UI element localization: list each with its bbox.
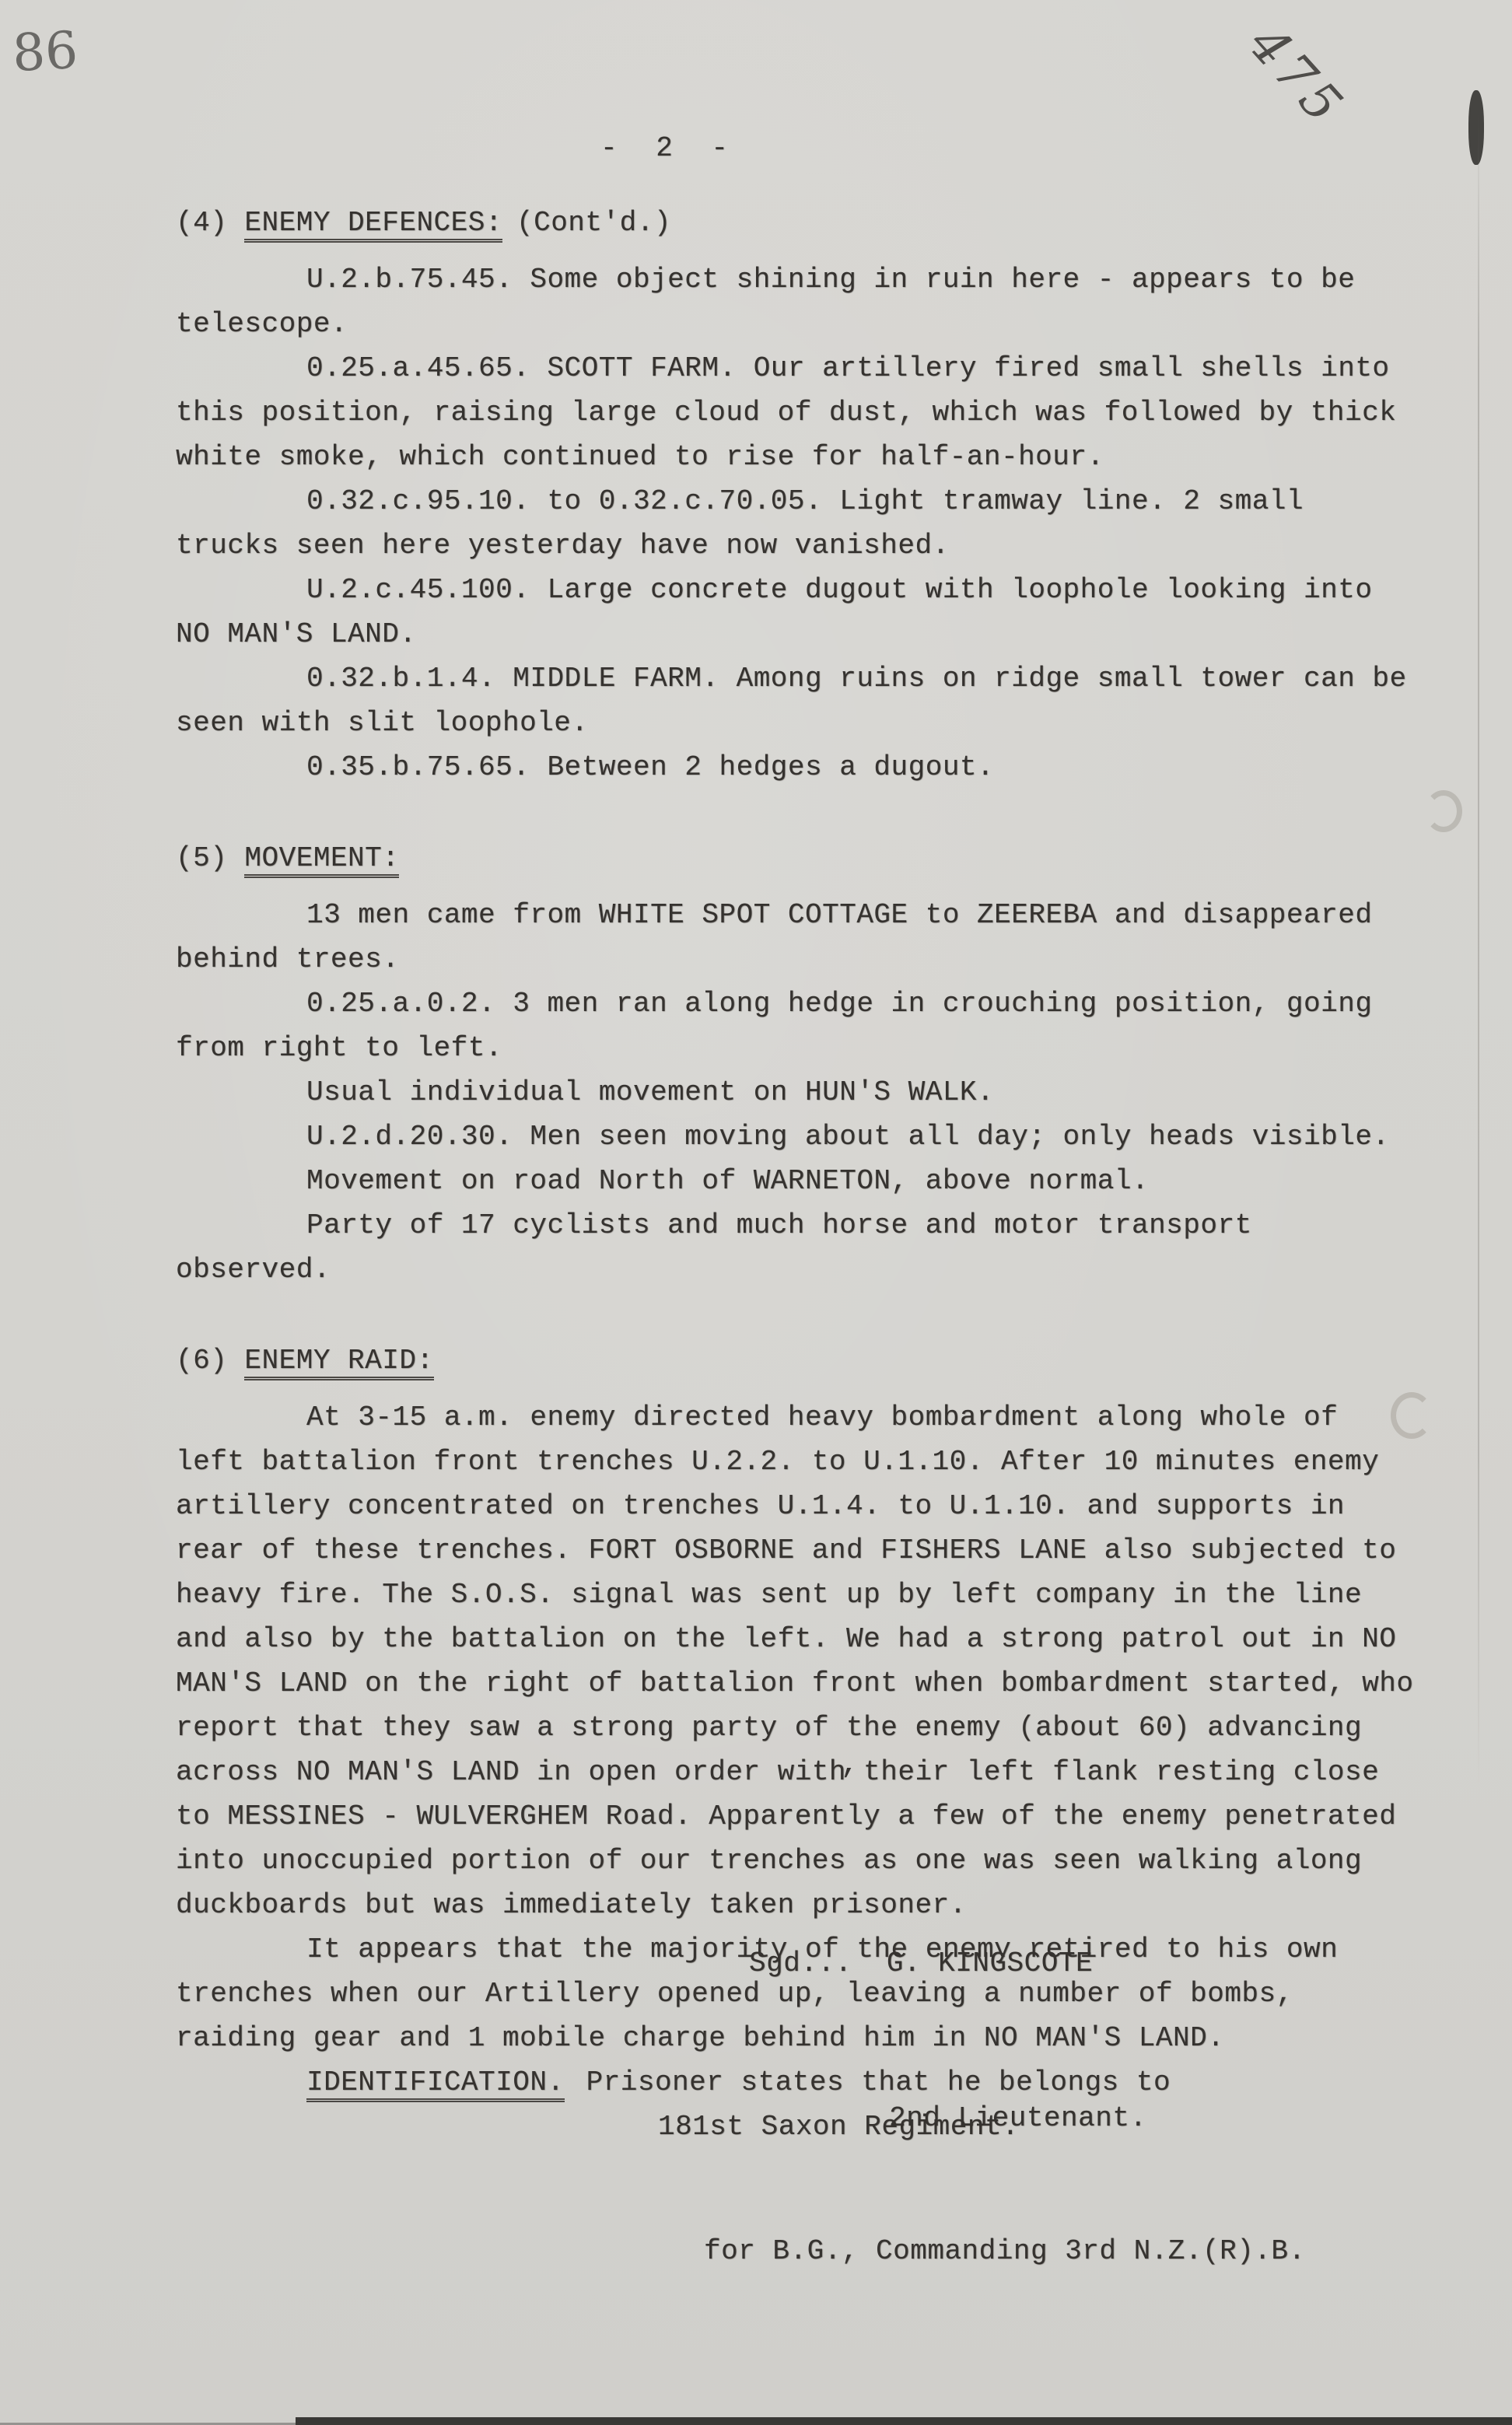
section-number: (4) (176, 207, 227, 239)
paragraph: 13 men came from WHITE SPOT COTTAGE to Z… (176, 893, 1420, 982)
signature-signed-line: Sgd... G. KINGSCOTE (704, 1941, 1306, 1986)
paragraph: U.2.d.20.30. Men seen moving about all d… (176, 1115, 1420, 1159)
paper-fold-line (1478, 109, 1479, 1789)
paragraph: Party of 17 cyclists and much horse and … (176, 1203, 1420, 1292)
section-title: MOVEMENT: (244, 842, 399, 878)
section-number: (6) (176, 1345, 227, 1377)
section-title-suffix: (Cont'd.) (516, 207, 671, 239)
paragraph: 0.25.a.45.65. SCOTT FARM. Our artillery … (176, 346, 1420, 479)
section-heading: (6) ENEMY RAID: (176, 1338, 1420, 1383)
section-number: (5) (176, 842, 227, 874)
signature-block: Sgd... G. KINGSCOTE 2nd Lieutenant. for … (704, 1853, 1306, 2362)
stain-ring-mark (1425, 790, 1462, 832)
section-heading: (5) MOVEMENT: (176, 836, 1420, 880)
paragraph: 0.32.b.1.4. MIDDLE FARM. Among ruins on … (176, 656, 1420, 745)
paragraph: 0.25.a.0.2. 3 men ran along hedge in cro… (176, 982, 1420, 1070)
section-paragraphs: U.2.b.75.45. Some object shining in ruin… (176, 257, 1420, 789)
paragraph: 0.35.b.75.65. Between 2 hedges a dugout. (176, 745, 1420, 789)
paragraph: Movement on road North of WARNETON, abov… (176, 1159, 1420, 1203)
stain-ring-mark (1391, 1392, 1433, 1439)
section-heading: (4) ENEMY DEFENCES:(Cont'd.) (176, 201, 1420, 245)
section-paragraphs: 13 men came from WHITE SPOT COTTAGE to Z… (176, 893, 1420, 1292)
paragraph: At 3-15 a.m. enemy directed heavy bombar… (176, 1395, 1420, 1927)
identification-label: IDENTIFICATION. (306, 2066, 565, 2102)
archive-corner-number: 86 (11, 20, 79, 83)
paragraph: 0.32.c.95.10. to 0.32.c.70.05. Light tra… (176, 479, 1420, 568)
section-movement: (5) MOVEMENT: 13 men came from WHITE SPO… (176, 836, 1420, 1292)
ink-speck: ’ (838, 1765, 857, 1800)
signature-for-line: for B.G., Commanding 3rd N.Z.(R).B. (704, 2229, 1306, 2273)
paragraph: U.2.b.75.45. Some object shining in ruin… (176, 257, 1420, 346)
section-title: ENEMY DEFENCES: (244, 207, 502, 243)
handwritten-folio-number: 475 (1237, 14, 1357, 138)
page-number: - 2 - (600, 126, 739, 170)
section-enemy-defences: (4) ENEMY DEFENCES:(Cont'd.) U.2.b.75.45… (176, 201, 1420, 789)
signature-rank: 2nd Lieutenant. (704, 2096, 1306, 2140)
paragraph: Usual individual movement on HUN'S WALK. (176, 1070, 1420, 1115)
scan-edge-mark (1468, 90, 1484, 165)
paragraph: U.2.c.45.100. Large concrete dugout with… (176, 568, 1420, 656)
section-title: ENEMY RAID: (244, 1345, 433, 1380)
scanned-document-page: 86 475 - 2 - (4) ENEMY DEFENCES:(Cont'd.… (0, 0, 1512, 2425)
